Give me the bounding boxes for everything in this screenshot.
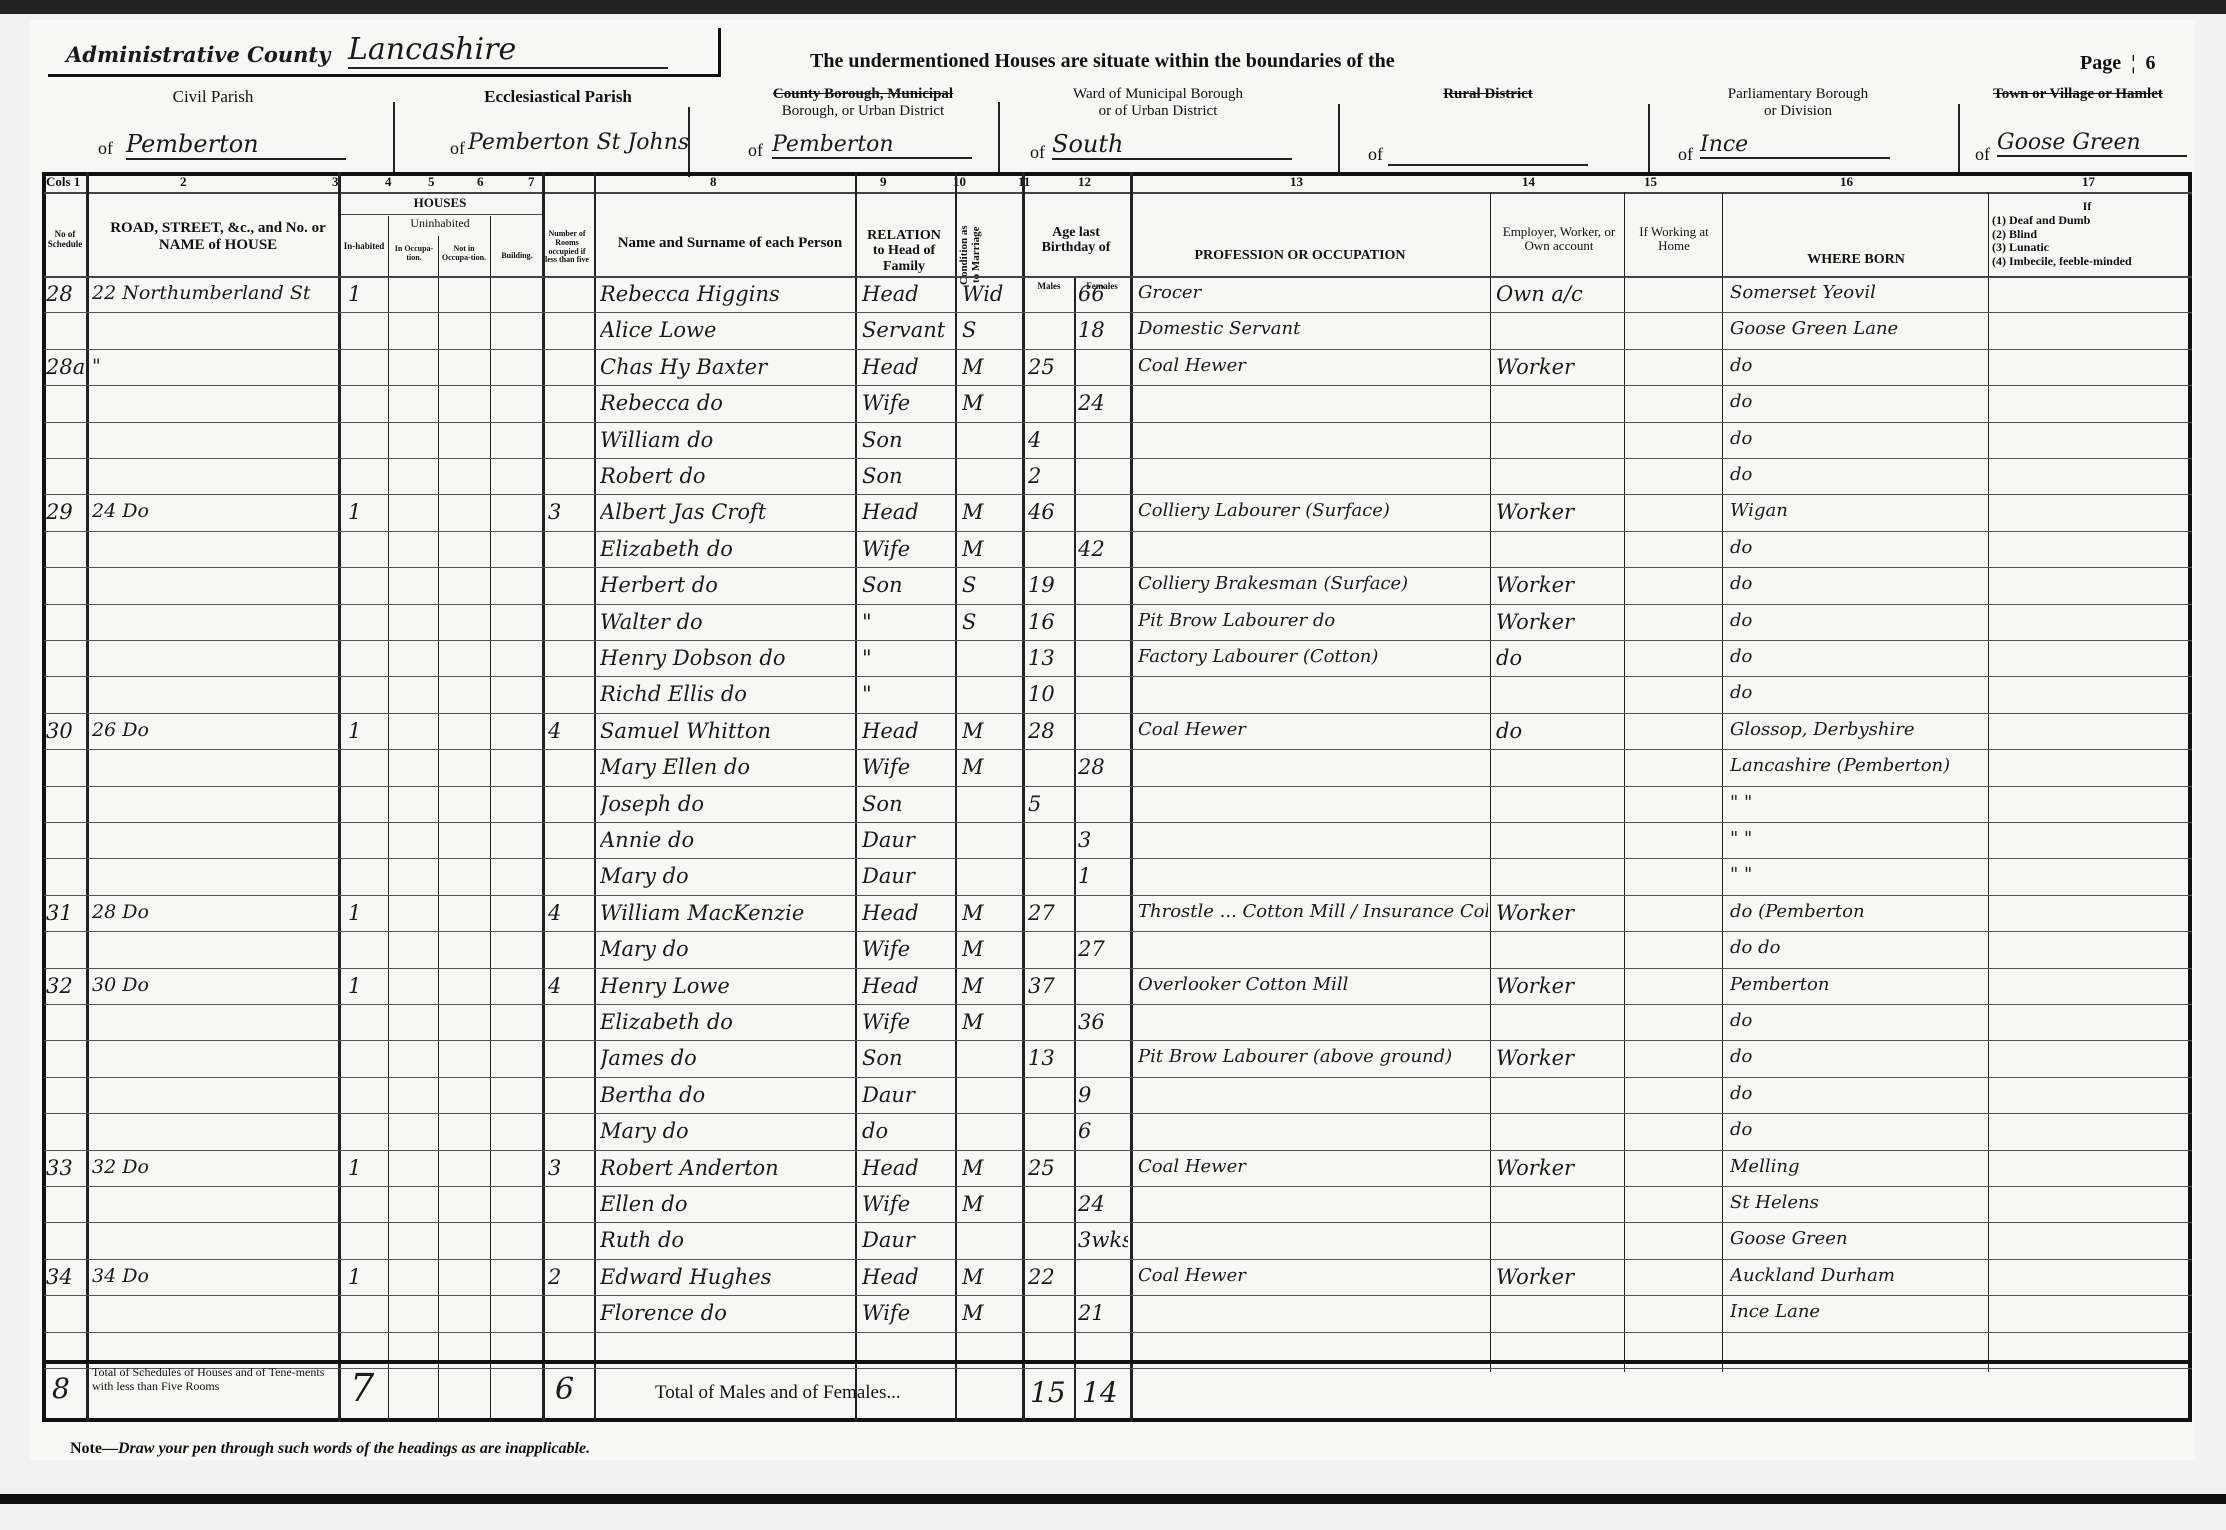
table-row: Rebecca doWifeM24do — [30, 387, 2190, 423]
cell-condition: M — [962, 391, 1020, 415]
table-row: James doSon13Pit Brow Labourer (above gr… — [30, 1042, 2190, 1078]
cell-born: Ince Lane — [1730, 1301, 1986, 1322]
cell-male-age: 46 — [1028, 500, 1072, 524]
cell-born: do — [1730, 573, 1986, 594]
table-row: 28a"Chas Hy BaxterHeadM25Coal HewerWorke… — [30, 351, 2190, 387]
cell-born: do (Pemberton — [1730, 901, 1986, 922]
cell-born: do — [1730, 1083, 1986, 1104]
town-village-value: Goose Green — [1997, 130, 2187, 157]
cell-address: 26 Do — [92, 719, 336, 741]
cell-name: William do — [600, 428, 854, 452]
cell-born: do — [1730, 646, 1986, 667]
cell-name: William MacKenzie — [600, 901, 854, 925]
cell-male-age: 28 — [1028, 719, 1072, 743]
rural-district-value — [1388, 162, 1588, 166]
cell-name: Rebecca do — [600, 391, 854, 415]
cell-condition: M — [962, 901, 1020, 925]
cell-female-age: 24 — [1078, 391, 1128, 415]
cell-name: Mary do — [600, 864, 854, 888]
heading-not-in-occupation: Not in Occupa-tion. — [440, 245, 488, 263]
cell-relation: Daur — [862, 1228, 954, 1252]
cell-condition: M — [962, 537, 1020, 561]
cell-female-age: 6 — [1078, 1119, 1128, 1143]
cell-relation: Daur — [862, 828, 954, 852]
table-row — [30, 1334, 2190, 1370]
heading-in-occupation: In Occupa-tion. — [390, 245, 438, 263]
table-row: Ruth doDaur3wksGoose Green — [30, 1224, 2190, 1260]
heading-name: Name and Surname of each Person — [610, 235, 850, 252]
cell-condition: M — [962, 1301, 1020, 1325]
table-row: Elizabeth doWifeM36do — [30, 1006, 2190, 1042]
cell-condition: M — [962, 974, 1020, 998]
cell-employer: Worker — [1496, 610, 1622, 634]
cell-name: Elizabeth do — [600, 1010, 854, 1034]
cell-schedule: 29 — [46, 500, 86, 524]
cell-occupation: Pit Brow Labourer do — [1138, 610, 1488, 631]
cell-female-age: 27 — [1078, 937, 1128, 961]
cell-relation: Head — [862, 719, 954, 743]
heading-building: Building. — [492, 252, 542, 261]
cell-schedule: 28 — [46, 282, 86, 306]
cell-name: Elizabeth do — [600, 537, 854, 561]
cell-relation: Head — [862, 1156, 954, 1180]
section-ward: Ward of Municipal Borough or of Urban Di… — [1008, 82, 1308, 182]
urban-district-value: Pemberton — [772, 132, 972, 159]
admin-county-box: Administrative County Lancashire — [48, 28, 721, 77]
cell-name: Rebecca Higgins — [600, 282, 854, 306]
cell-name: Alice Lowe — [600, 318, 854, 342]
cell-inhabited: 1 — [348, 719, 384, 743]
cell-name: Bertha do — [600, 1083, 854, 1107]
cell-name: James do — [600, 1046, 854, 1070]
cell-occupation: Factory Labourer (Cotton) — [1138, 646, 1488, 667]
cell-born: " " — [1730, 828, 1986, 849]
cell-male-age: 25 — [1028, 1156, 1072, 1180]
section-town-village: Town or Village or Hamlet of Goose Green — [1963, 82, 2193, 182]
cell-male-age: 22 — [1028, 1265, 1072, 1289]
cell-address: 30 Do — [92, 974, 336, 996]
cell-relation: Head — [862, 500, 954, 524]
cell-relation: " — [862, 646, 954, 670]
cell-occupation: Coal Hewer — [1138, 719, 1488, 740]
heading-occupation: PROFESSION OR OCCUPATION — [1140, 248, 1460, 263]
scan-top-border — [0, 0, 2226, 14]
cell-schedule: 34 — [46, 1265, 86, 1289]
total-schedules-label: Total of Schedules of Houses and of Tene… — [92, 1366, 332, 1394]
table-row: Henry Dobson do"13Factory Labourer (Cott… — [30, 642, 2190, 678]
page-number: 6 — [2146, 52, 2156, 74]
cell-male-age: 10 — [1028, 682, 1072, 706]
heading-schedule: No of Schedule — [44, 230, 86, 250]
cell-name: Edward Hughes — [600, 1265, 854, 1289]
cell-female-age: 28 — [1078, 755, 1128, 779]
cell-employer: Worker — [1496, 500, 1622, 524]
cell-name: Samuel Whitton — [600, 719, 854, 743]
cell-relation: Wife — [862, 937, 954, 961]
cell-relation: Head — [862, 974, 954, 998]
cell-relation: Daur — [862, 1083, 954, 1107]
cell-condition: M — [962, 1265, 1020, 1289]
cell-rooms: 2 — [548, 1265, 592, 1289]
cell-occupation: Colliery Brakesman (Surface) — [1138, 573, 1488, 594]
total-rooms: 6 — [555, 1372, 574, 1407]
cell-condition: M — [962, 1010, 1020, 1034]
heading-houses: HOUSES — [340, 196, 540, 210]
table-row: Herbert doSonS19Colliery Brakesman (Surf… — [30, 569, 2190, 605]
cell-male-age: 25 — [1028, 355, 1072, 379]
table-row: Elizabeth doWifeM42do — [30, 533, 2190, 569]
cell-name: Robert Anderton — [600, 1156, 854, 1180]
section-urban-district: County Borough, Municipal Borough, or Ur… — [698, 82, 1028, 182]
cell-name: Walter do — [600, 610, 854, 634]
total-females: 14 — [1082, 1376, 1118, 1409]
table-row: Ellen doWifeM24St Helens — [30, 1188, 2190, 1224]
cell-address: " — [92, 355, 336, 377]
cell-born: do — [1730, 610, 1986, 631]
cell-relation: Son — [862, 792, 954, 816]
cell-male-age: 5 — [1028, 792, 1072, 816]
cell-born: do — [1730, 1119, 1986, 1140]
cell-female-age: 18 — [1078, 318, 1128, 342]
cell-male-age: 19 — [1028, 573, 1072, 597]
cell-female-age: 24 — [1078, 1192, 1128, 1216]
cell-employer: Worker — [1496, 573, 1622, 597]
cell-male-age: 16 — [1028, 610, 1072, 634]
cell-born: do — [1730, 1046, 1986, 1067]
table-row: Mary doDaur1" " — [30, 860, 2190, 896]
cell-name: Chas Hy Baxter — [600, 355, 854, 379]
civil-parish-value: Pemberton — [126, 130, 346, 160]
table-row: Florence doWifeM21Ince Lane — [30, 1297, 2190, 1333]
total-inhabited: 7 — [350, 1366, 374, 1410]
cell-employer: do — [1496, 719, 1622, 743]
cell-condition: M — [962, 500, 1020, 524]
cell-name: Ruth do — [600, 1228, 854, 1252]
section-rural-district: Rural District of — [1348, 82, 1628, 182]
cell-relation: Son — [862, 573, 954, 597]
cell-born: Lancashire (Pemberton) — [1730, 755, 1986, 776]
cell-relation: Head — [862, 282, 954, 306]
heading-age: Age last Birthday of — [1026, 225, 1126, 256]
cell-condition: M — [962, 355, 1020, 379]
heading-at-home: If Working at Home — [1626, 225, 1722, 254]
cell-relation: Head — [862, 901, 954, 925]
cell-female-age: 1 — [1078, 864, 1128, 888]
cell-condition: M — [962, 719, 1020, 743]
cell-relation: Son — [862, 1046, 954, 1070]
cell-relation: Servant — [862, 318, 954, 342]
table-row: Joseph doSon5" " — [30, 788, 2190, 824]
cell-relation: Wife — [862, 537, 954, 561]
table-row: Walter do"S16Pit Brow Labourer doWorkerd… — [30, 606, 2190, 642]
admin-county-value: Lancashire — [348, 32, 668, 69]
cell-employer: Worker — [1496, 901, 1622, 925]
cell-name: Joseph do — [600, 792, 854, 816]
cell-relation: Wife — [862, 1192, 954, 1216]
cell-female-age: 66 — [1078, 282, 1128, 306]
table-row: 3434 Do12Edward HughesHeadM22Coal HewerW… — [30, 1261, 2190, 1297]
cell-name: Mary do — [600, 1119, 854, 1143]
cell-relation: Son — [862, 428, 954, 452]
cell-name: Mary Ellen do — [600, 755, 854, 779]
cell-name: Albert Jas Croft — [600, 500, 854, 524]
cell-name: Mary do — [600, 937, 854, 961]
cell-condition: M — [962, 1192, 1020, 1216]
cell-female-age: 3 — [1078, 828, 1128, 852]
cell-inhabited: 1 — [348, 1265, 384, 1289]
cell-female-age: 36 — [1078, 1010, 1128, 1034]
cell-female-age: 3wks — [1078, 1228, 1128, 1252]
heading-inhabited: In-habited — [342, 242, 386, 252]
cell-relation: " — [862, 610, 954, 634]
ward-value: South — [1052, 130, 1292, 160]
heading-rooms: Number of Rooms occupied if less than fi… — [544, 230, 590, 265]
cell-name: Florence do — [600, 1301, 854, 1325]
cell-born: do — [1730, 464, 1986, 485]
cell-inhabited: 1 — [348, 500, 384, 524]
cell-occupation: Grocer — [1138, 282, 1488, 303]
scan-bottom-border — [0, 1494, 2226, 1504]
table-row: 2822 Northumberland St1Rebecca HigginsHe… — [30, 278, 2190, 314]
cell-name: Henry Dobson do — [600, 646, 854, 670]
section-parliamentary-division: Parliamentary Borough or Division of Inc… — [1658, 82, 1938, 182]
cell-employer: Worker — [1496, 355, 1622, 379]
cell-male-age: 4 — [1028, 428, 1072, 452]
cell-relation: Son — [862, 464, 954, 488]
table-row: Mary dodo6do — [30, 1115, 2190, 1151]
ecclesiastical-parish-value: Pemberton St Johns — [468, 130, 689, 155]
cell-born: Glossop, Derbyshire — [1730, 719, 1986, 740]
cell-born: do — [1730, 391, 1986, 412]
cell-female-age: 42 — [1078, 537, 1128, 561]
table-row: Bertha doDaur9do — [30, 1079, 2190, 1115]
cell-male-age: 13 — [1028, 646, 1072, 670]
cell-relation: Wife — [862, 755, 954, 779]
cell-condition: S — [962, 573, 1020, 597]
cell-relation: Daur — [862, 864, 954, 888]
cell-born: Auckland Durham — [1730, 1265, 1986, 1286]
table-row: 3332 Do13Robert AndertonHeadM25Coal Hewe… — [30, 1152, 2190, 1188]
heading-where-born: WHERE BORN — [1726, 252, 1986, 267]
cell-born: Pemberton — [1730, 974, 1986, 995]
cell-born: do — [1730, 355, 1986, 376]
page-label: Page — [2080, 52, 2121, 74]
cell-address: 32 Do — [92, 1156, 336, 1178]
cell-employer: Worker — [1496, 1156, 1622, 1180]
cell-male-age: 2 — [1028, 464, 1072, 488]
table-row: Richd Ellis do"10do — [30, 678, 2190, 714]
parliamentary-division-value: Ince — [1700, 132, 1890, 159]
cell-employer: Own a/c — [1496, 282, 1622, 306]
total-schedules-count: 8 — [52, 1372, 70, 1405]
cell-rooms: 4 — [548, 974, 592, 998]
cell-schedule: 30 — [46, 719, 86, 743]
cell-born: do — [1730, 682, 1986, 703]
cell-condition: S — [962, 610, 1020, 634]
cell-name: Herbert do — [600, 573, 854, 597]
cell-born: St Helens — [1730, 1192, 1986, 1213]
admin-county-label: Administrative County — [66, 42, 330, 67]
cell-born: Wigan — [1730, 500, 1986, 521]
cell-occupation: Coal Hewer — [1138, 1265, 1488, 1286]
cell-born: do — [1730, 1010, 1986, 1031]
cell-condition: M — [962, 1156, 1020, 1180]
cell-name: Annie do — [600, 828, 854, 852]
table-row: Mary doWifeM27do do — [30, 933, 2190, 969]
cell-condition: M — [962, 755, 1020, 779]
cell-address: 24 Do — [92, 500, 336, 522]
cell-occupation: Colliery Labourer (Surface) — [1138, 500, 1488, 521]
total-persons-label: Total of Males and of Females... — [655, 1382, 901, 1404]
heading-uninhabited: Uninhabited — [390, 217, 490, 230]
table-row: 2924 Do13Albert Jas CroftHeadM46Colliery… — [30, 496, 2190, 532]
cell-male-age: 27 — [1028, 901, 1072, 925]
cell-inhabited: 1 — [348, 282, 384, 306]
cell-employer: Worker — [1496, 974, 1622, 998]
cell-name: Ellen do — [600, 1192, 854, 1216]
census-page: Administrative County Lancashire The und… — [30, 20, 2195, 1460]
table-row: Alice LoweServantS18Domestic ServantGoos… — [30, 314, 2190, 350]
cell-relation: Wife — [862, 391, 954, 415]
cell-born: do — [1730, 428, 1986, 449]
table-row: Robert doSon2do — [30, 460, 2190, 496]
cell-employer: Worker — [1496, 1265, 1622, 1289]
cell-rooms: 3 — [548, 500, 592, 524]
cell-born: Somerset Yeovil — [1730, 282, 1986, 303]
cell-relation: Wife — [862, 1010, 954, 1034]
cell-occupation: Pit Brow Labourer (above ground) — [1138, 1046, 1488, 1067]
cell-occupation: Overlooker Cotton Mill — [1138, 974, 1488, 995]
cell-schedule: 31 — [46, 901, 86, 925]
cell-relation: do — [862, 1119, 954, 1143]
cell-name: Richd Ellis do — [600, 682, 854, 706]
cell-occupation: Coal Hewer — [1138, 355, 1488, 376]
cell-inhabited: 1 — [348, 901, 384, 925]
cell-born: " " — [1730, 792, 1986, 813]
cell-name: Henry Lowe — [600, 974, 854, 998]
cell-relation: Head — [862, 355, 954, 379]
table-row: Annie doDaur3" " — [30, 824, 2190, 860]
cell-inhabited: 1 — [348, 1156, 384, 1180]
cell-born: do do — [1730, 937, 1986, 958]
cell-female-age: 21 — [1078, 1301, 1128, 1325]
cell-name: Robert do — [600, 464, 854, 488]
cell-born: do — [1730, 537, 1986, 558]
heading-relation: RELATION to Head of Family — [860, 228, 948, 274]
section-civil-parish: Civil Parish of Pemberton — [48, 82, 378, 182]
location-header: Civil Parish of Pemberton Ecclesiastical… — [48, 82, 2195, 182]
cell-occupation: Domestic Servant — [1138, 318, 1488, 339]
heading-road: ROAD, STREET, &c., and No. or NAME of HO… — [100, 220, 336, 253]
cell-address: 22 Northumberland St — [92, 282, 336, 304]
cell-schedule: 28a — [46, 355, 86, 379]
cell-employer: Worker — [1496, 1046, 1622, 1070]
cell-inhabited: 1 — [348, 974, 384, 998]
cell-address: 34 Do — [92, 1265, 336, 1287]
heading-infirmity: If (1) Deaf and Dumb (2) Blind (3) Lunat… — [1992, 200, 2182, 269]
section-ecclesiastical-parish: Ecclesiastical Parish of Pemberton St Jo… — [398, 82, 718, 182]
cell-schedule: 32 — [46, 974, 86, 998]
cell-occupation: Coal Hewer — [1138, 1156, 1488, 1177]
cell-occupation: Throstle ... Cotton Mill / Insurance Col… — [1138, 901, 1488, 922]
cell-condition: Wid — [962, 282, 1020, 306]
footnote: Note—Draw your pen through such words of… — [70, 1440, 590, 1458]
heading-employer: Employer, Worker, or Own account — [1494, 225, 1624, 254]
cell-relation: Head — [862, 1265, 954, 1289]
table-row: 3128 Do14William MacKenzieHeadM27Throstl… — [30, 897, 2190, 933]
cell-address: 28 Do — [92, 901, 336, 923]
cell-rooms: 4 — [548, 719, 592, 743]
cell-born: " " — [1730, 864, 1986, 885]
cell-rooms: 3 — [548, 1156, 592, 1180]
cell-born: Goose Green Lane — [1730, 318, 1986, 339]
table-row: 3230 Do14Henry LoweHeadM37Overlooker Cot… — [30, 970, 2190, 1006]
table-row: Mary Ellen doWifeM28Lancashire (Pemberto… — [30, 751, 2190, 787]
cell-relation: Wife — [862, 1301, 954, 1325]
cell-employer: do — [1496, 646, 1622, 670]
table-row: William doSon4do — [30, 424, 2190, 460]
cell-born: Goose Green — [1730, 1228, 1986, 1249]
cell-male-age: 37 — [1028, 974, 1072, 998]
cell-condition: S — [962, 318, 1020, 342]
cell-schedule: 33 — [46, 1156, 86, 1180]
cell-male-age: 13 — [1028, 1046, 1072, 1070]
cell-born: Melling — [1730, 1156, 1986, 1177]
total-males: 15 — [1030, 1376, 1066, 1409]
page-title: The undermentioned Houses are situate wi… — [810, 50, 1395, 72]
cell-relation: " — [862, 682, 954, 706]
table-row: 3026 Do14Samuel WhittonHeadM28Coal Hewer… — [30, 715, 2190, 751]
cell-rooms: 4 — [548, 901, 592, 925]
cell-condition: M — [962, 937, 1020, 961]
cell-female-age: 9 — [1078, 1083, 1128, 1107]
page-number-block: Page ¦ 6 — [2080, 52, 2156, 74]
